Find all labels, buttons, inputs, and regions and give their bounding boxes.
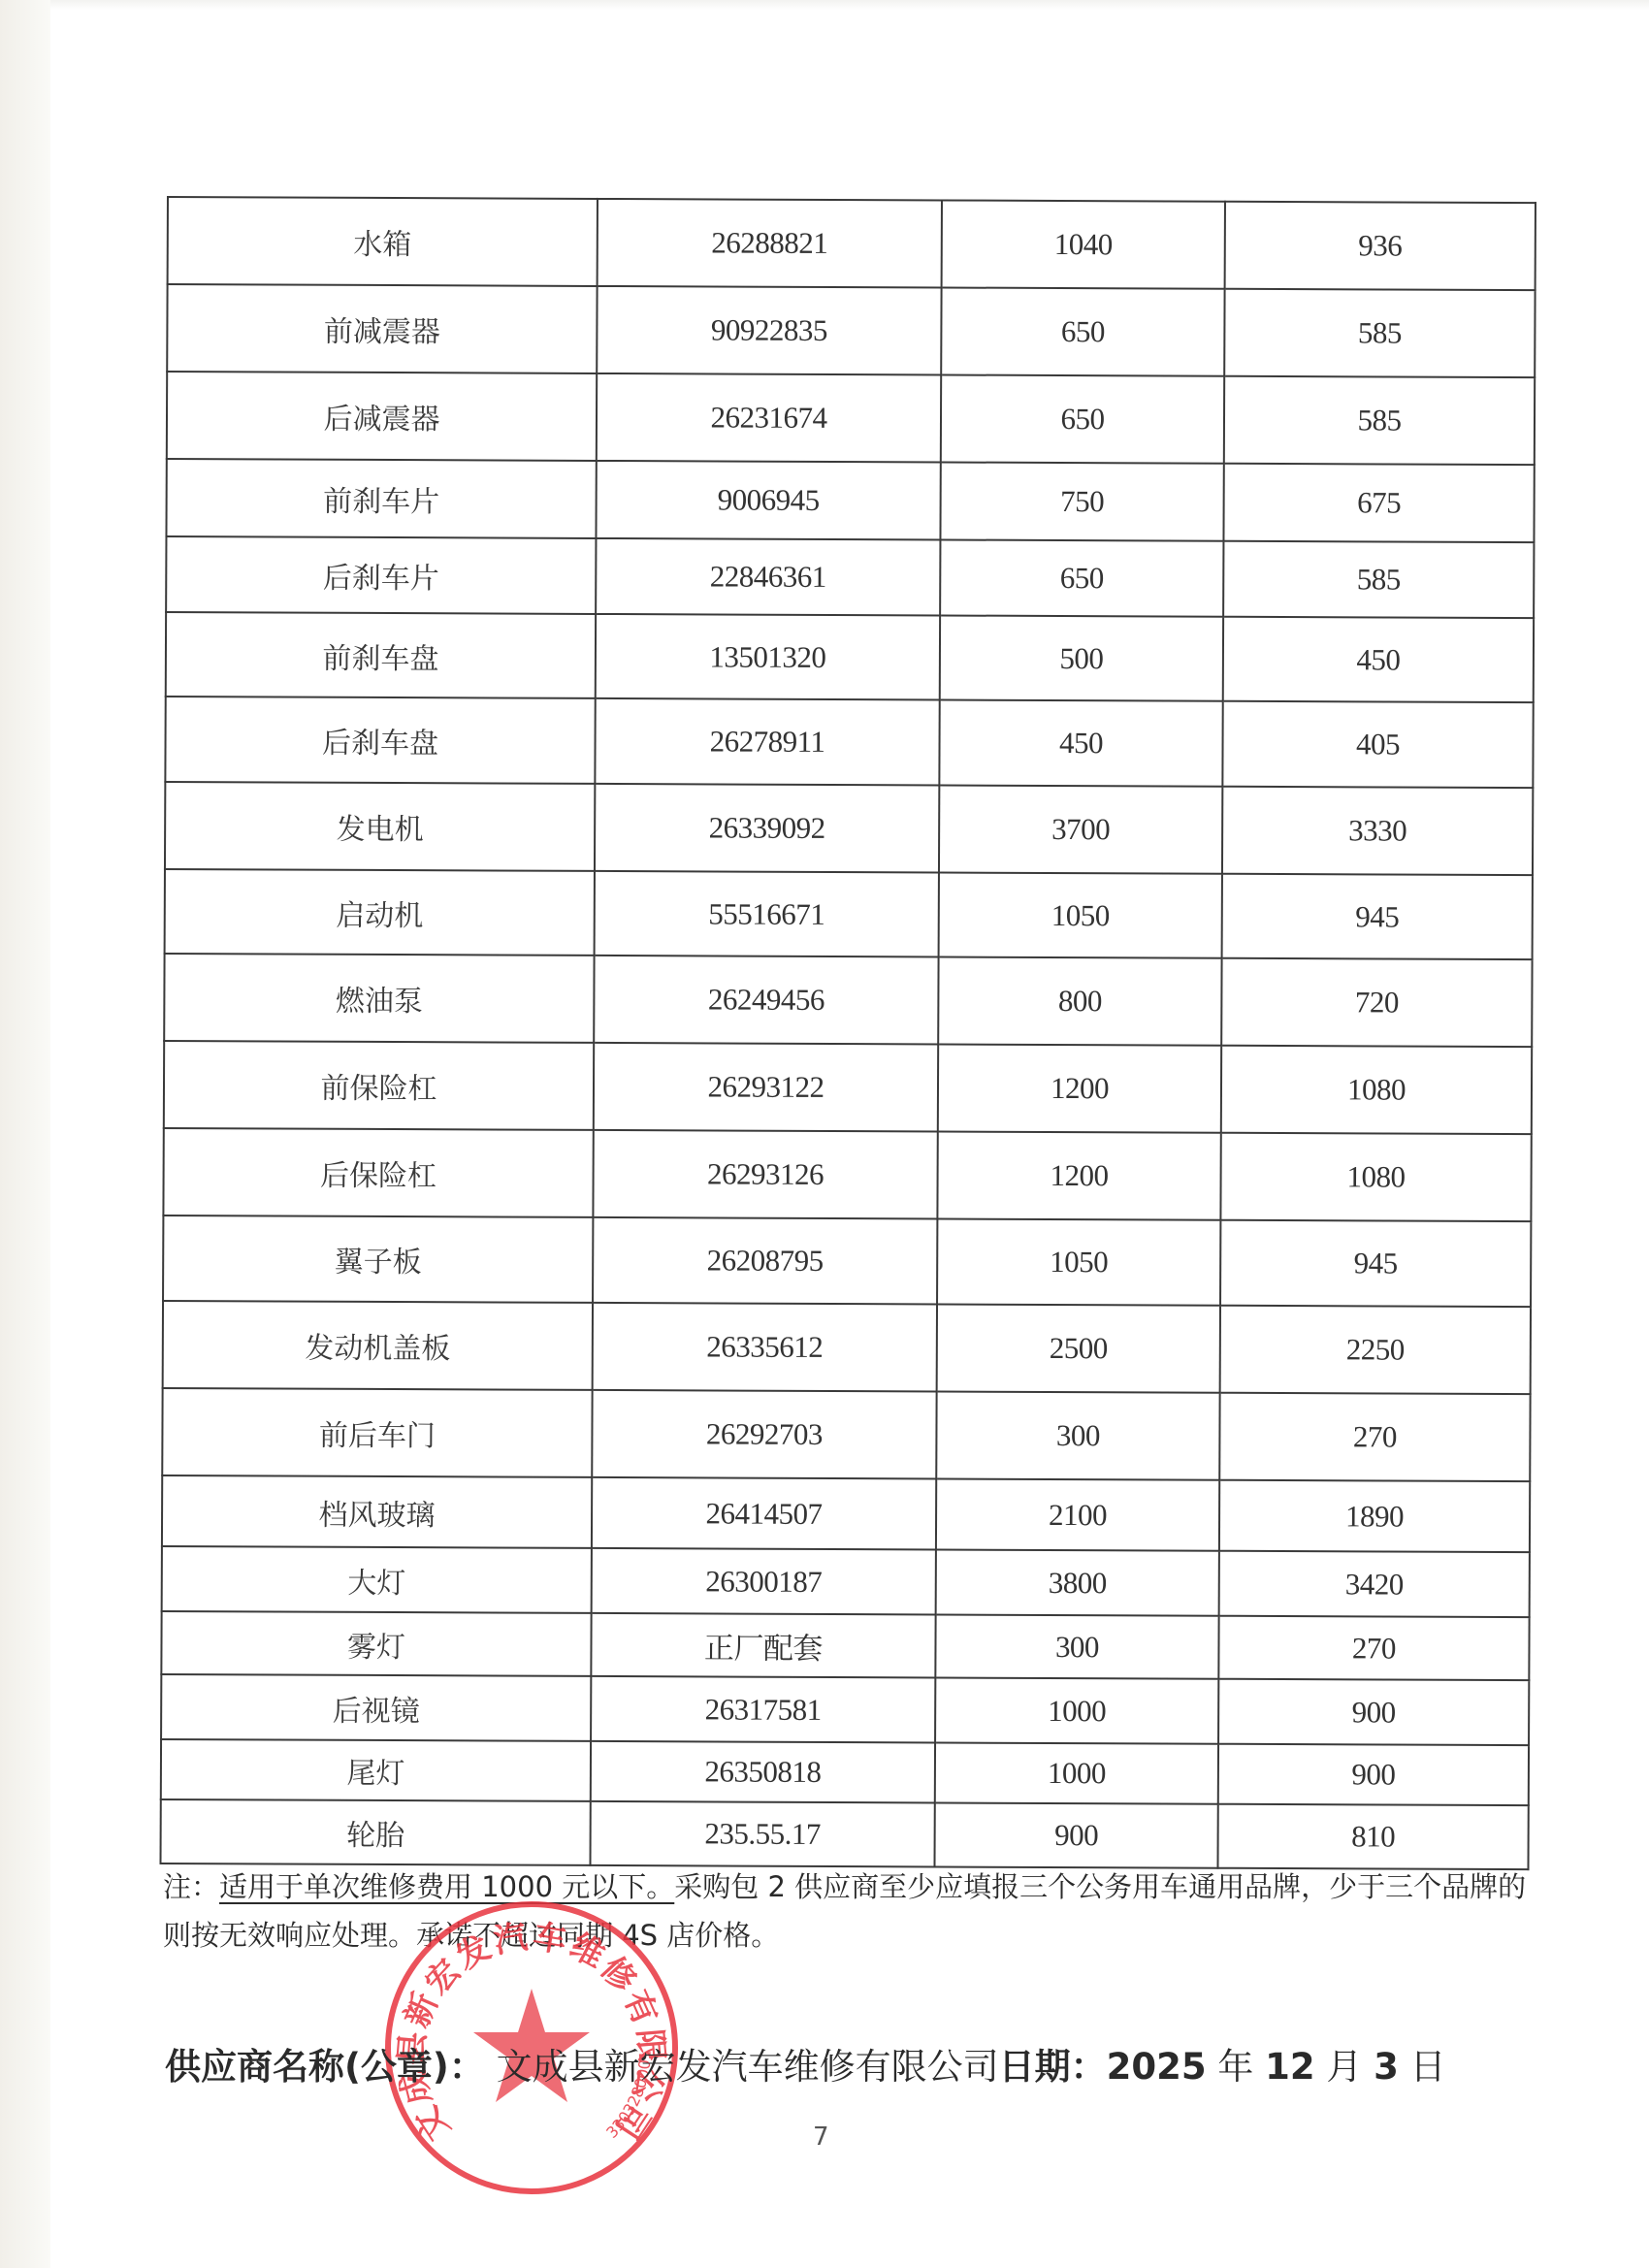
page-number: 7	[813, 2122, 829, 2152]
supplier-label: 供应商名称(公章)：	[165, 2046, 485, 2088]
price-4s-cell: 1000	[935, 1677, 1218, 1743]
price-4s-cell: 1040	[942, 200, 1225, 288]
part-name-cell: 翼子板	[163, 1215, 593, 1303]
price-4s-cell: 2500	[937, 1304, 1220, 1392]
date-day: 3	[1374, 2046, 1399, 2088]
table-row: 后刹车片22846361650585	[166, 536, 1534, 618]
part-name-cell: 前后车门	[162, 1388, 592, 1477]
part-code-cell: 26231674	[597, 373, 941, 463]
price-4s-cell: 1200	[937, 1131, 1220, 1219]
price-4s-cell: 3800	[936, 1549, 1219, 1615]
quote-price-cell: 585	[1224, 376, 1535, 465]
quote-price-cell: 405	[1222, 701, 1533, 788]
price-4s-cell: 650	[941, 287, 1224, 375]
date-month: 12	[1265, 2046, 1315, 2088]
part-name-cell: 档风玻璃	[162, 1475, 592, 1548]
price-4s-cell: 800	[938, 956, 1221, 1045]
price-4s-cell: 750	[940, 462, 1223, 540]
quote-price-cell: 675	[1223, 464, 1534, 542]
price-4s-cell: 1200	[938, 1044, 1221, 1132]
table-row: 翼子板262087951050945	[163, 1215, 1531, 1307]
price-4s-cell: 2100	[936, 1478, 1219, 1550]
part-code-cell: 26288821	[598, 199, 942, 288]
supplier-line: 供应商名称(公章)： 文成县新宏发汽车维修有限公司日期：2025 年 12 月 …	[165, 2037, 1542, 2090]
table-row: 轮胎235.55.17900810	[160, 1799, 1528, 1869]
part-name-cell: 燃油泵	[164, 954, 594, 1043]
part-code-cell: 26350818	[591, 1741, 935, 1803]
part-code-cell: 正厂配套	[591, 1613, 935, 1678]
part-code-cell: 26414507	[592, 1477, 936, 1550]
part-code-cell: 26317581	[591, 1676, 935, 1743]
part-name-cell: 尾灯	[161, 1739, 591, 1801]
price-4s-cell: 1050	[939, 872, 1222, 957]
table-row: 档风玻璃2641450721001890	[162, 1475, 1530, 1552]
part-name-cell: 后刹车片	[166, 536, 596, 614]
table-row: 尾灯263508181000900	[161, 1739, 1529, 1805]
quote-price-cell: 270	[1218, 1616, 1529, 1680]
part-name-cell: 前刹车片	[166, 459, 596, 538]
quote-price-cell: 945	[1220, 1220, 1531, 1307]
price-4s-cell: 500	[940, 615, 1223, 700]
part-name-cell: 前减震器	[167, 284, 597, 373]
table-row: 后视镜263175811000900	[161, 1674, 1529, 1745]
quote-price-cell: 900	[1218, 1744, 1529, 1805]
table-row: 发电机2633909237003330	[165, 782, 1533, 875]
part-name-cell: 后减震器	[167, 372, 597, 461]
part-name-cell: 前刹车盘	[166, 612, 596, 698]
note-prefix: 注：	[163, 1870, 219, 1903]
quote-price-cell: 3420	[1219, 1551, 1530, 1617]
date-label: 日期：	[999, 2046, 1107, 2088]
part-name-cell: 后保险杠	[163, 1128, 593, 1217]
part-code-cell: 26292703	[592, 1390, 936, 1479]
table-row: 后保险杠2629312612001080	[163, 1128, 1531, 1221]
part-name-cell: 雾灯	[161, 1611, 591, 1676]
part-name-cell: 发电机	[165, 782, 595, 871]
part-name-cell: 水箱	[168, 197, 598, 286]
part-code-cell: 235.55.17	[590, 1801, 934, 1867]
part-name-cell: 发动机盖板	[163, 1301, 593, 1390]
price-4s-cell: 300	[935, 1614, 1218, 1678]
table-row: 前减震器90922835650585	[167, 284, 1535, 377]
note-text: 注：适用于单次维修费用 1000 元以下。采购包 2 供应商至少应填报三个公务用…	[163, 1863, 1540, 1960]
date-year: 2025	[1107, 2046, 1207, 2088]
part-code-cell: 26293126	[593, 1130, 937, 1219]
part-name-cell: 轮胎	[160, 1799, 590, 1865]
quote-price-cell: 1080	[1220, 1133, 1531, 1221]
quote-price-cell: 3330	[1222, 787, 1533, 875]
price-4s-cell: 900	[934, 1802, 1217, 1867]
table-row: 雾灯正厂配套300270	[161, 1611, 1529, 1680]
quote-price-cell: 1890	[1219, 1480, 1530, 1552]
part-code-cell: 13501320	[596, 614, 940, 700]
part-code-cell: 26278911	[595, 698, 939, 786]
part-code-cell: 26208795	[593, 1217, 937, 1305]
quote-price-cell: 936	[1225, 202, 1536, 290]
quote-price-cell: 585	[1223, 541, 1534, 618]
scan-top-edge	[50, 0, 1649, 10]
table-row: 前保险杠2629312212001080	[164, 1041, 1532, 1134]
quote-price-cell: 1080	[1221, 1046, 1532, 1134]
part-code-cell: 9006945	[596, 461, 940, 540]
price-4s-cell: 450	[939, 699, 1222, 786]
part-code-cell: 26339092	[595, 784, 939, 873]
table-row: 启动机555166711050945	[165, 869, 1533, 959]
part-code-cell: 26300187	[592, 1548, 936, 1615]
table-row: 前刹车片9006945750675	[166, 459, 1534, 542]
table-row: 前刹车盘13501320500450	[166, 612, 1534, 702]
price-4s-cell: 3700	[939, 785, 1222, 873]
part-code-cell: 22846361	[596, 538, 940, 616]
price-4s-cell: 300	[936, 1391, 1219, 1479]
quote-price-cell: 900	[1218, 1679, 1529, 1745]
scan-edge	[0, 0, 50, 2268]
part-code-cell: 90922835	[597, 286, 941, 375]
quote-price-cell: 585	[1224, 289, 1535, 377]
table-row: 后刹车盘26278911450405	[165, 697, 1533, 788]
quote-price-cell: 720	[1221, 958, 1532, 1047]
table-row: 前后车门26292703300270	[162, 1388, 1530, 1481]
part-name-cell: 大灯	[162, 1546, 592, 1613]
date-month-unit: 月	[1326, 2046, 1362, 2088]
price-4s-cell: 1050	[937, 1218, 1220, 1305]
quote-price-cell: 450	[1223, 617, 1534, 702]
part-code-cell: 26249456	[594, 956, 938, 1045]
quote-price-cell: 270	[1219, 1393, 1530, 1481]
supplier-name: 文成县新宏发汽车维修有限公司	[497, 2046, 999, 2088]
part-name-cell: 后刹车盘	[165, 697, 595, 784]
part-name-cell: 启动机	[165, 869, 595, 956]
price-4s-cell: 650	[940, 539, 1223, 616]
date-year-unit: 年	[1217, 2046, 1253, 2088]
parts-price-table: 水箱262888211040936前减震器90922835650585后减震器2…	[159, 196, 1536, 1870]
part-code-cell: 26335612	[593, 1303, 937, 1392]
table-row: 发动机盖板2633561225002250	[163, 1301, 1531, 1394]
part-code-cell: 55516671	[595, 871, 939, 957]
part-code-cell: 26293122	[594, 1043, 938, 1132]
quote-price-cell: 945	[1222, 874, 1533, 959]
price-4s-cell: 650	[941, 374, 1224, 463]
table-row: 大灯2630018738003420	[162, 1546, 1530, 1617]
quote-price-cell: 2250	[1220, 1306, 1531, 1394]
table-row: 后减震器26231674650585	[167, 372, 1535, 465]
part-name-cell: 后视镜	[161, 1674, 591, 1741]
table-row: 水箱262888211040936	[168, 197, 1536, 290]
price-4s-cell: 1000	[935, 1742, 1218, 1803]
part-name-cell: 前保险杠	[164, 1041, 594, 1130]
date-day-unit: 日	[1410, 2046, 1446, 2088]
quote-price-cell: 810	[1217, 1804, 1528, 1869]
table-row: 燃油泵26249456800720	[164, 954, 1532, 1047]
